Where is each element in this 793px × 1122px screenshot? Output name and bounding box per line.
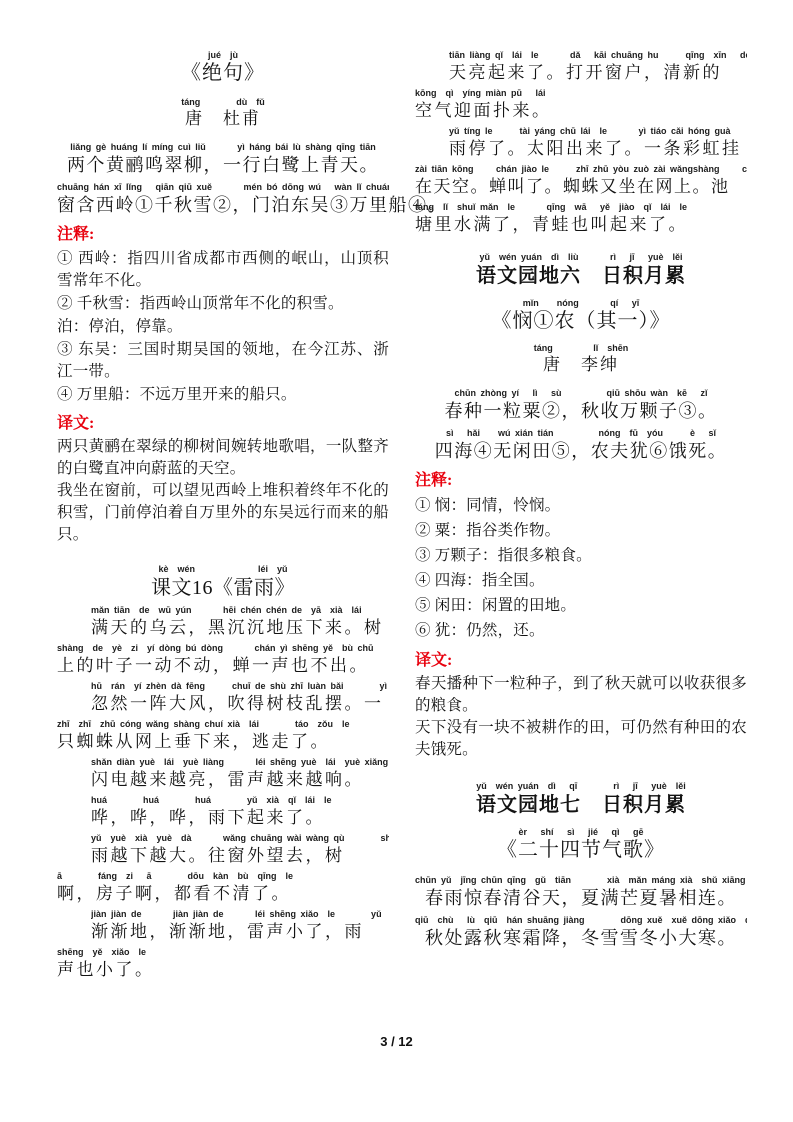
leiyu-line: kōng qì yíng miàn pū lái 空气迎面扑来。 bbox=[415, 88, 747, 122]
leiyu-line: jiàn jiàn de jiàn jiàn de léi shēng xiǎo… bbox=[57, 909, 389, 943]
leiyu-line-pinyin: ā fáng zi ā dōu kàn bù qīng le bbox=[57, 871, 389, 882]
jueju-verse-2: chuāng hán xī lǐng qiān qiū xuě mén bó d… bbox=[57, 182, 389, 217]
minnong-author: 唐 李绅 bbox=[415, 354, 747, 376]
minnong-notes-label: 注释: bbox=[415, 469, 747, 493]
page-number: 3 / 12 bbox=[0, 1034, 793, 1049]
jueju-verse-1-text: 两个黄鹂鸣翠柳，一行白鹭上青天。 bbox=[57, 153, 389, 177]
jueju-title: 《绝句》 bbox=[57, 61, 389, 86]
minnong-verse-1-pinyin: chūn zhòng yí lì sù qiū shōu wàn kē zǐ bbox=[415, 388, 747, 399]
jueju-translation-label: 译文: bbox=[57, 412, 389, 436]
leiyu-line-pinyin: huá huá huá yǔ xià qǐ lái le bbox=[91, 795, 389, 806]
left-column: jué jù 《绝句》 táng dù fǔ 唐 杜甫 liǎng gè huá… bbox=[57, 50, 389, 981]
leiyu-line-pinyin: zài tiān kōng chán jiào le zhī zhū yòu z… bbox=[415, 164, 747, 175]
leiyu-line: shēng yě xiǎo le 声也小了。 bbox=[57, 947, 389, 981]
leiyu-line: táng lǐ shuǐ mǎn le qīng wā yě jiào qǐ l… bbox=[415, 202, 747, 236]
leiyu-line-pinyin: tiān liàng qǐ lái le dǎ kāi chuāng hu qī… bbox=[449, 50, 747, 61]
garden-seven-heading-pinyin: yǔ wén yuán dì qī rì jī yuè lěi bbox=[415, 781, 747, 792]
note-item: 泊：停泊，停靠。 bbox=[57, 316, 389, 338]
minnong-author-pinyin: táng lǐ shēn bbox=[415, 343, 747, 354]
leiyu-line: mǎn tiān de wū yún hēi chén chén de yā x… bbox=[57, 605, 389, 639]
jueju-verse-2-text: 窗含西岭①千秋雪②，门泊东吴③万里船④。 bbox=[57, 193, 389, 217]
leiyu-line-text: 忽然一阵大风，吹得树枝乱摆。一 bbox=[91, 692, 389, 715]
minnong-translation-label: 译文: bbox=[415, 649, 747, 673]
leiyu-line-text: 塘里水满了，青蛙也叫起来了。 bbox=[415, 213, 747, 236]
jueju-verse-1: liǎng gè huáng lí míng cuì liǔ yì háng b… bbox=[57, 142, 389, 177]
jieqige-title: 《二十四节气歌》 bbox=[415, 838, 747, 863]
translation-paragraph: 春天播种下一粒种子，到了秋天就可以收获很多的粮食。 bbox=[415, 673, 747, 717]
translation-paragraph: 我坐在窗前，可以望见西岭上堆积着终年不化的积雪，门前停泊着自万里外的东吴远行而来… bbox=[57, 480, 389, 546]
translation-paragraph: 天下没有一块不被耕作的田，可仍然有种田的农夫饿死。 bbox=[415, 717, 747, 761]
minnong-verse-1-text: 春种一粒粟②，秋收万颗子③。 bbox=[415, 399, 747, 423]
jieqige-verse-2-text: 秋处露秋寒霜降，冬雪雪冬小大寒。 bbox=[415, 926, 747, 950]
note-item: ④ 四海：指全国。 bbox=[415, 569, 747, 593]
jueju-verse-1-pinyin: liǎng gè huáng lí míng cuì liǔ yì háng b… bbox=[57, 142, 389, 153]
note-item: ⑥ 犹：仍然，还。 bbox=[415, 619, 747, 643]
note-item: ② 粟：指谷类作物。 bbox=[415, 519, 747, 543]
jueju-verse-2-pinyin: chuāng hán xī lǐng qiān qiū xuě mén bó d… bbox=[57, 182, 389, 193]
leiyu-line-pinyin: yǔ tíng le tài yáng chū lái le yì tiáo c… bbox=[449, 126, 747, 137]
leiyu-line-text: 雨越下越大。往窗外望去，树 bbox=[91, 844, 389, 867]
leiyu-line-pinyin: shàng de yè zi yí dòng bú dòng chán yì s… bbox=[57, 643, 389, 654]
jieqige-verse-1-pinyin: chūn yǔ jīng chūn qīng gǔ tiān xià mǎn m… bbox=[415, 875, 747, 886]
right-column: tiān liàng qǐ lái le dǎ kāi chuāng hu qī… bbox=[415, 50, 747, 981]
garden-six-heading: 语文园地六 日积月累 bbox=[415, 263, 747, 289]
leiyu-line-text: 渐渐地，渐渐地，雷声小了，雨 bbox=[91, 920, 389, 943]
jueju-author-pinyin: táng dù fǔ bbox=[57, 97, 389, 108]
jieqige-verse-1-text: 春雨惊春清谷天，夏满芒夏暑相连。 bbox=[415, 886, 747, 910]
leiyu-line-pinyin: jiàn jiàn de jiàn jiàn de léi shēng xiǎo… bbox=[91, 909, 389, 920]
jieqige-verse-2: qiū chù lù qiū hán shuāng jiàng dōng xuě… bbox=[415, 915, 747, 950]
leiyu-line-pinyin: zhī zhī zhū cóng wǎng shàng chuí xià lái… bbox=[57, 719, 389, 730]
garden-six: yǔ wén yuán dì liù rì jī yuè lěi 语文园地六 日… bbox=[415, 252, 747, 761]
note-item: ① 西岭：指四川省成都市西侧的岷山，山顶积雪常年不化。 bbox=[57, 248, 389, 292]
page-body: jué jù 《绝句》 táng dù fǔ 唐 杜甫 liǎng gè huá… bbox=[0, 0, 793, 981]
jieqige-title-pinyin: èr shí sì jié qì gē bbox=[415, 827, 747, 838]
note-item: ② 千秋雪：指西岭山顶常年不化的积雪。 bbox=[57, 293, 389, 315]
translation-paragraph: 两只黄鹂在翠绿的柳树间婉转地歌唱，一队整齐的白鹭直冲向蔚蓝的天空。 bbox=[57, 436, 389, 480]
jueju-author: 唐 杜甫 bbox=[57, 108, 389, 130]
leiyu-line-text: 声也小了。 bbox=[57, 958, 389, 981]
jieqige-verse-1: chūn yǔ jīng chūn qīng gǔ tiān xià mǎn m… bbox=[415, 875, 747, 910]
garden-seven-heading: 语文园地七 日积月累 bbox=[415, 792, 747, 818]
leiyu-line-pinyin: shēng yě xiǎo le bbox=[57, 947, 389, 958]
leiyu-line-text: 哗，哗，哗，雨下起来了。 bbox=[91, 806, 389, 829]
leiyu-line-text: 在天空。蝉叫了。蜘蛛又坐在网上。池 bbox=[415, 175, 747, 198]
leiyu-line: yǔ yuè xià yuè dà wǎng chuāng wài wàng q… bbox=[57, 833, 389, 867]
minnong-title: 《悯①农（其一）》 bbox=[415, 309, 747, 334]
garden-six-heading-pinyin: yǔ wén yuán dì liù rì jī yuè lěi bbox=[415, 252, 747, 263]
leiyu-line-pinyin: táng lǐ shuǐ mǎn le qīng wā yě jiào qǐ l… bbox=[415, 202, 747, 213]
note-item: ① 悯：同情，怜悯。 bbox=[415, 494, 747, 518]
jueju-title-pinyin: jué jù bbox=[57, 50, 389, 61]
leiyu-line: huá huá huá yǔ xià qǐ lái le 哗，哗，哗，雨下起来了… bbox=[57, 795, 389, 829]
lesson-leiyu: kè wén léi yǔ 课文16《雷雨》 mǎn tiān de wū yú… bbox=[57, 564, 389, 981]
leiyu-line-text: 天亮起来了。打开窗户，清新的 bbox=[449, 61, 747, 84]
leiyu-line: zài tiān kōng chán jiào le zhī zhū yòu z… bbox=[415, 164, 747, 198]
minnong-title-pinyin: mǐn nóng qí yī bbox=[415, 298, 747, 309]
leiyu-line-text: 啊，房子啊，都看不清了。 bbox=[57, 882, 389, 905]
leiyu-line: zhī zhī zhū cóng wǎng shàng chuí xià lái… bbox=[57, 719, 389, 753]
leiyu-line: tiān liàng qǐ lái le dǎ kāi chuāng hu qī… bbox=[415, 50, 747, 84]
minnong-verse-2-text: 四海④无闲田⑤，农夫犹⑥饿死。 bbox=[415, 439, 747, 463]
leiyu-line-text: 雨停了。太阳出来了。一条彩虹挂 bbox=[449, 137, 747, 160]
note-item: ③ 东吴：三国时期吴国的领地，在今江苏、浙江一带。 bbox=[57, 339, 389, 383]
leiyu-heading-pinyin: kè wén léi yǔ bbox=[57, 564, 389, 575]
jueju-notes-label: 注释: bbox=[57, 223, 389, 247]
leiyu-line: ā fáng zi ā dōu kàn bù qīng le 啊，房子啊，都看不… bbox=[57, 871, 389, 905]
note-item: ⑤ 闲田：闲置的田地。 bbox=[415, 594, 747, 618]
leiyu-line-pinyin: hū rán yí zhèn dà fēng chuī de shù zhī l… bbox=[91, 681, 389, 692]
leiyu-line-pinyin: mǎn tiān de wū yún hēi chén chén de yā x… bbox=[91, 605, 389, 616]
leiyu-line: yǔ tíng le tài yáng chū lái le yì tiáo c… bbox=[415, 126, 747, 160]
leiyu-line: shàng de yè zi yí dòng bú dòng chán yì s… bbox=[57, 643, 389, 677]
leiyu-line-text: 空气迎面扑来。 bbox=[415, 99, 747, 122]
lesson-leiyu-continued: tiān liàng qǐ lái le dǎ kāi chuāng hu qī… bbox=[415, 50, 747, 236]
leiyu-line-pinyin: yǔ yuè xià yuè dà wǎng chuāng wài wàng q… bbox=[91, 833, 389, 844]
leiyu-line-text: 满天的乌云，黑沉沉地压下来。树 bbox=[91, 616, 389, 639]
note-item: ③ 万颗子：指很多粮食。 bbox=[415, 544, 747, 568]
leiyu-line-text: 上的叶子一动不动，蝉一声也不出。 bbox=[57, 654, 389, 677]
leiyu-line: hū rán yí zhèn dà fēng chuī de shù zhī l… bbox=[57, 681, 389, 715]
leiyu-line-text: 闪电越来越亮，雷声越来越响。 bbox=[91, 768, 389, 791]
jieqige-verse-2-pinyin: qiū chù lù qiū hán shuāng jiàng dōng xuě… bbox=[415, 915, 747, 926]
garden-seven: yǔ wén yuán dì qī rì jī yuè lěi 语文园地七 日积… bbox=[415, 781, 747, 950]
minnong-verse-1: chūn zhòng yí lì sù qiū shōu wàn kē zǐ 春… bbox=[415, 388, 747, 423]
minnong-verse-2-pinyin: sì hǎi wú xián tián nóng fū yóu è sǐ bbox=[415, 428, 747, 439]
leiyu-heading: 课文16《雷雨》 bbox=[57, 575, 389, 601]
poem-jueju: jué jù 《绝句》 táng dù fǔ 唐 杜甫 liǎng gè huá… bbox=[57, 50, 389, 546]
leiyu-line-pinyin: shǎn diàn yuè lái yuè liàng léi shēng yu… bbox=[91, 757, 389, 768]
note-item: ④ 万里船：不远万里开来的船只。 bbox=[57, 384, 389, 406]
leiyu-line: shǎn diàn yuè lái yuè liàng léi shēng yu… bbox=[57, 757, 389, 791]
minnong-verse-2: sì hǎi wú xián tián nóng fū yóu è sǐ 四海④… bbox=[415, 428, 747, 463]
leiyu-line-text: 只蜘蛛从网上垂下来，逃走了。 bbox=[57, 730, 389, 753]
leiyu-line-pinyin: kōng qì yíng miàn pū lái bbox=[415, 88, 747, 99]
